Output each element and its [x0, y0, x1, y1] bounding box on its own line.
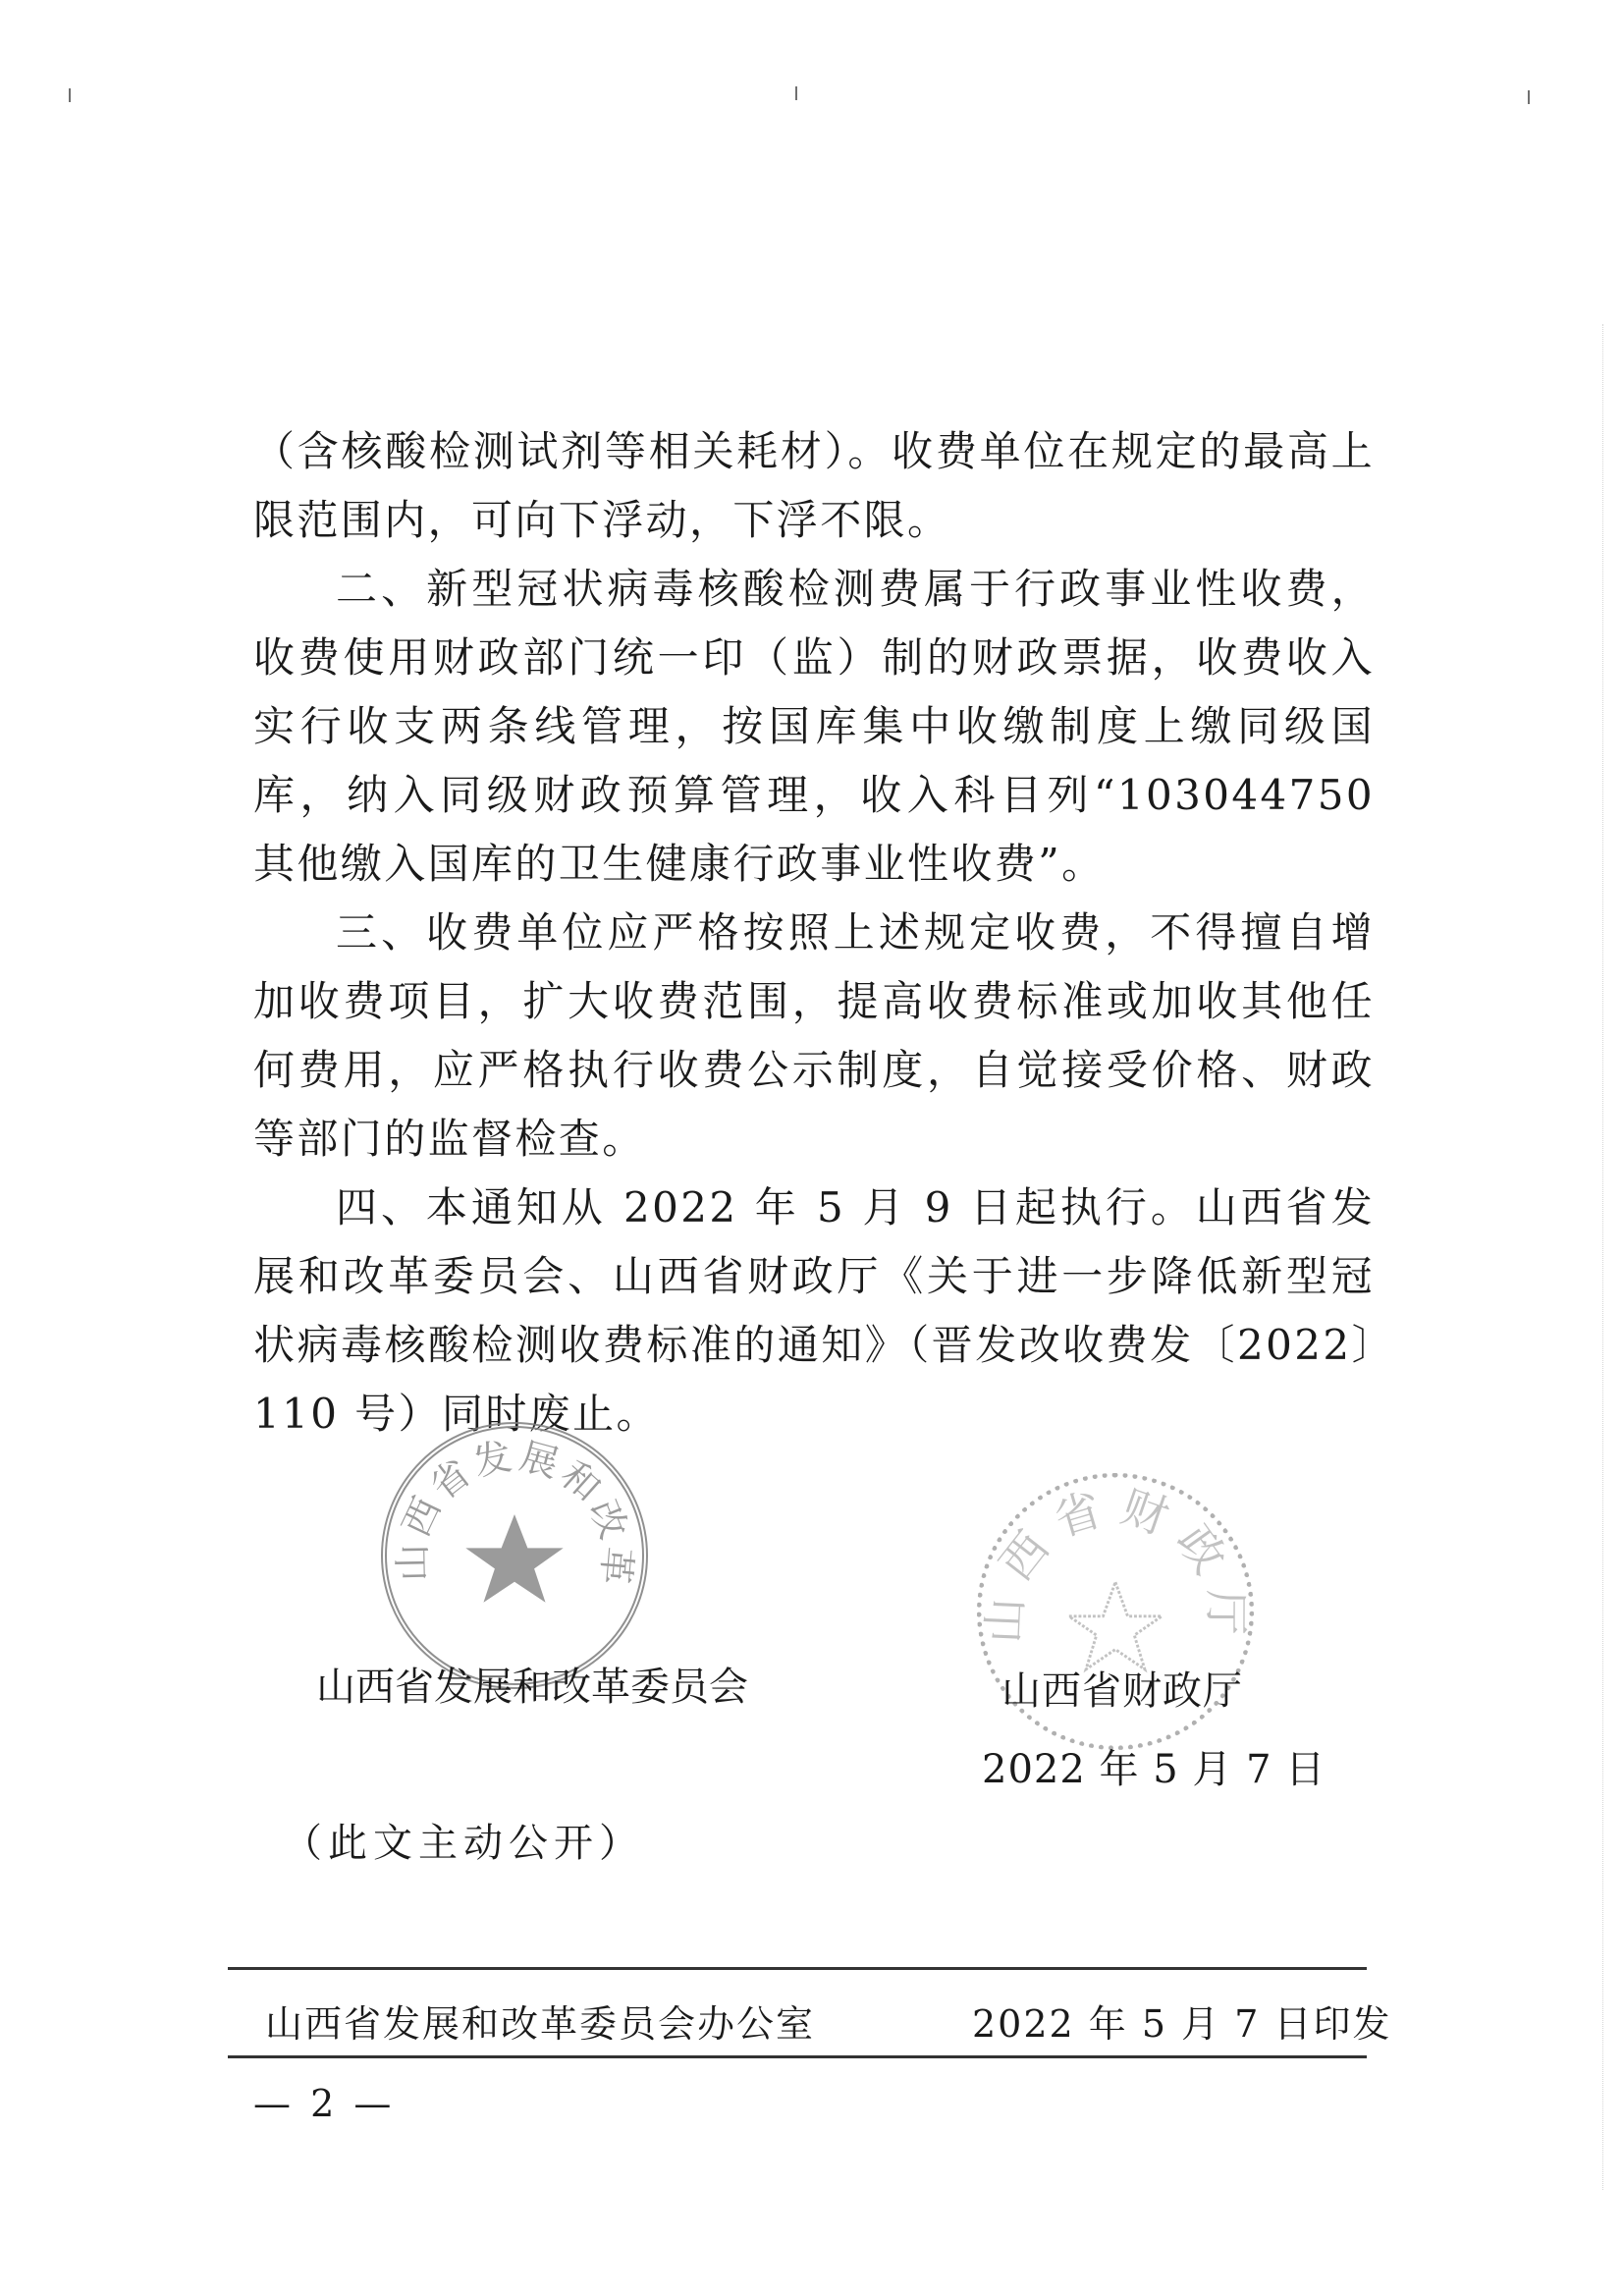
- footer-print-date: 2022 年 5 月 7 日印发: [972, 1994, 1391, 2048]
- scan-mark: [69, 88, 71, 102]
- scan-edge: [1602, 324, 1605, 2190]
- signature-date: 2022 年 5 月 7 日: [982, 1738, 1325, 1794]
- official-seal-ndrc: 山西省发展和改革委员会: [381, 1422, 648, 1689]
- paragraph-3-compliance: 三、收费单位应严格按照上述规定收费，不得擅自增加收费项目，扩大收费范围，提高收费…: [253, 899, 1375, 1174]
- seal-star-icon: 山西省发展和改革委员会: [387, 1428, 642, 1683]
- scan-mark: [1528, 90, 1530, 104]
- svg-text:山西省财政厅: 山西省财政厅: [982, 1479, 1249, 1649]
- footer-issuer: 山西省发展和改革委员会办公室: [265, 1994, 815, 2048]
- footer-rule-top: [228, 1967, 1367, 1970]
- paragraph-2-billing: 二、新型冠状病毒核酸检测费属于行政事业性收费，收费使用财政部门统一印（监）制的财…: [253, 555, 1375, 899]
- public-disclosure-note: （此文主动公开）: [283, 1812, 644, 1868]
- signature-ndrc: 山西省发展和改革委员会: [316, 1656, 748, 1712]
- scan-mark: [795, 86, 797, 100]
- footer-rule-bottom: [228, 2055, 1367, 2058]
- page-number: — 2 —: [253, 2082, 395, 2125]
- document-body: （含核酸检测试剂等相关耗材）。收费单位在规定的最高上限范围内，可向下浮动，下浮不…: [253, 417, 1375, 1449]
- seal-ring-text: 山西省财政厅: [982, 1479, 1249, 1649]
- paragraph-4-effective-date: 四、本通知从 2022 年 5 月 9 日起执行。山西省发展和改革委员会、山西省…: [253, 1174, 1375, 1449]
- paragraph-continuation: （含核酸检测试剂等相关耗材）。收费单位在规定的最高上限范围内，可向下浮动，下浮不…: [253, 417, 1375, 555]
- signature-finance-dept: 山西省财政厅: [1001, 1660, 1243, 1716]
